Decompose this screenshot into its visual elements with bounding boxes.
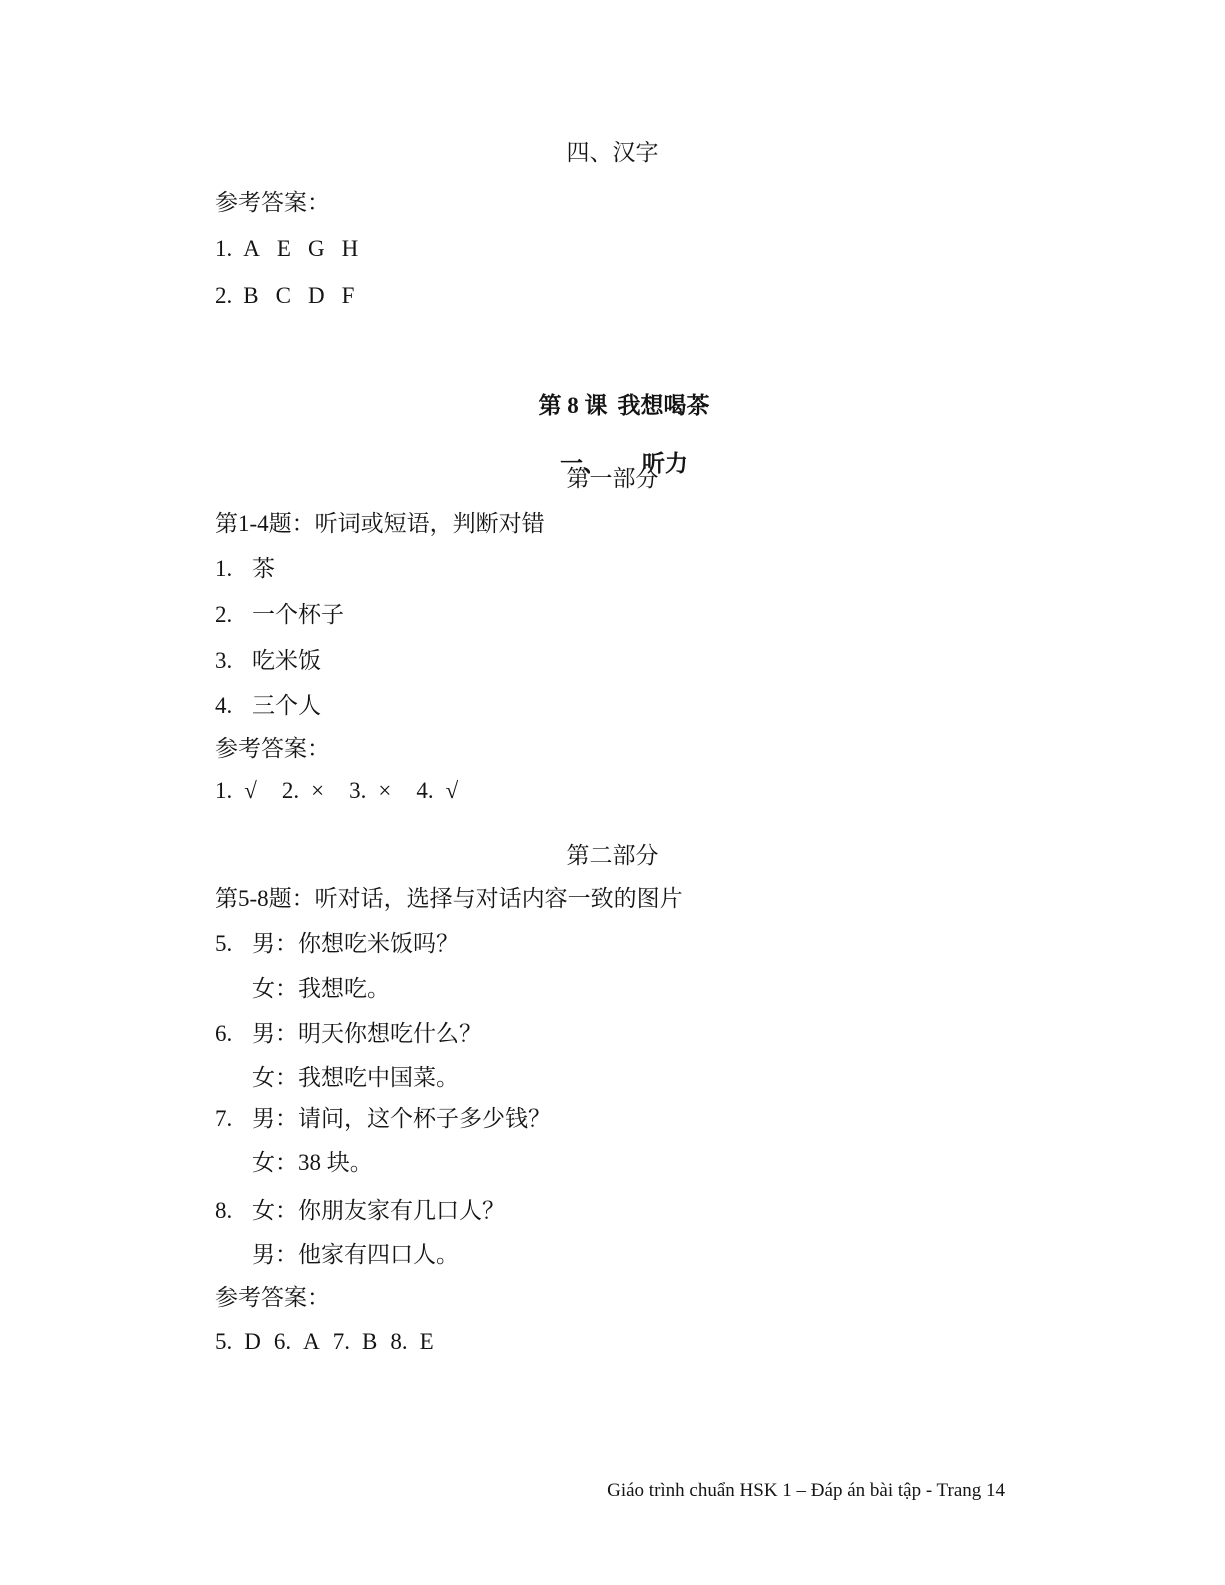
dialogue-line: 8.女：你朋友家有几口人？	[215, 1196, 505, 1226]
hanzi-ref-label: 参考答案：	[215, 188, 330, 218]
dialogue-text: 男：你想吃米饭吗？	[252, 929, 459, 959]
listening-item: 1.茶	[215, 554, 275, 584]
answer-number: 2.	[282, 776, 299, 806]
dialogue-line: 5.男：你想吃米饭吗？	[215, 929, 459, 959]
item-text: 吃米饭	[252, 646, 321, 676]
answer-number: 5.	[215, 1327, 232, 1357]
answer-number: 1.	[215, 776, 232, 806]
item-text: 茶	[252, 554, 275, 584]
answer-pair: 5.D	[215, 1327, 261, 1357]
part2-instructions: 第5-8题：听对话，选择与对话内容一致的图片	[215, 884, 683, 914]
dialogue-reply: 男：他家有四口人。	[252, 1240, 459, 1270]
dialogue-reply: 女：我想吃。	[252, 974, 390, 1004]
answer-letter: D	[308, 281, 325, 311]
item-number: 4.	[215, 691, 252, 721]
part2-ref-label: 参考答案：	[215, 1283, 330, 1313]
answer-mark: √	[244, 776, 257, 806]
answer-mark: √	[446, 776, 459, 806]
answer-number: 2.	[215, 281, 232, 311]
item-number: 6.	[215, 1019, 252, 1049]
listening-item: 3.吃米饭	[215, 646, 321, 676]
answer-pair: 6.A	[274, 1327, 320, 1357]
item-text: 一个杯子	[252, 600, 344, 630]
dialogue-reply: 女：我想吃中国菜。	[252, 1063, 459, 1093]
dialogue-text: 男：请问，这个杯子多少钱？	[252, 1104, 551, 1134]
listening-item: 4.三个人	[215, 691, 321, 721]
part2-heading: 第二部分	[0, 841, 1225, 871]
dialogue-line: 7.男：请问，这个杯子多少钱？	[215, 1104, 551, 1134]
answer-mark: D	[244, 1327, 261, 1357]
part1-heading: 第一部分	[0, 464, 1225, 494]
answer-letter: C	[276, 281, 291, 311]
answer-pair: 3.×	[349, 776, 391, 806]
dialogue-text: 女：你朋友家有几口人？	[252, 1196, 505, 1226]
answer-mark: ×	[378, 776, 391, 806]
lesson-number: 第 8 课	[539, 393, 608, 418]
answer-number: 8.	[390, 1327, 407, 1357]
item-number: 7.	[215, 1104, 252, 1134]
answer-pair: 4.√	[416, 776, 458, 806]
part1-answers: 1.√ 2.× 3.× 4.√	[215, 776, 458, 806]
answer-pair: 8.E	[390, 1327, 433, 1357]
item-number: 2.	[215, 600, 252, 630]
answer-mark: B	[362, 1327, 377, 1357]
dialogue-line: 6.男：明天你想吃什么？	[215, 1019, 482, 1049]
answer-mark: E	[420, 1327, 434, 1357]
dialogue-reply: 女：38 块。	[252, 1148, 373, 1178]
answer-number: 6.	[274, 1327, 291, 1357]
item-number: 5.	[215, 929, 252, 959]
item-number: 8.	[215, 1196, 252, 1226]
answer-mark: A	[303, 1327, 320, 1357]
document-page: 四、汉字 参考答案： 1.AEGH 2.BCDF 第 8 课我想喝茶 一、听力 …	[0, 0, 1225, 1585]
answer-letter: H	[342, 234, 359, 264]
item-number: 3.	[215, 646, 252, 676]
answer-letter: G	[308, 234, 325, 264]
answer-number: 4.	[416, 776, 433, 806]
page-footer: Giáo trình chuẩn HSK 1 – Đáp án bài tập …	[215, 1476, 1005, 1506]
answer-number: 7.	[333, 1327, 350, 1357]
answer-letter: A	[243, 234, 260, 264]
answer-letter: B	[243, 281, 258, 311]
part2-answers: 5.D 6.A 7.B 8.E	[215, 1327, 434, 1357]
lesson-name: 我想喝茶	[618, 393, 710, 418]
answer-letter: E	[277, 234, 291, 264]
listening-item: 2.一个杯子	[215, 600, 344, 630]
answer-mark: ×	[311, 776, 324, 806]
dialogue-text: 男：明天你想吃什么？	[252, 1019, 482, 1049]
answer-pair: 7.B	[333, 1327, 378, 1357]
answer-letter: F	[342, 281, 355, 311]
answer-pair: 1.√	[215, 776, 257, 806]
answer-number: 3.	[349, 776, 366, 806]
part1-ref-label: 参考答案：	[215, 734, 330, 764]
part1-instructions: 第1-4题：听词或短语，判断对错	[215, 509, 545, 539]
hanzi-answer-row: 1.AEGH	[215, 234, 358, 264]
section-heading-hanzi: 四、汉字	[0, 138, 1225, 168]
item-text: 三个人	[252, 691, 321, 721]
answer-pair: 2.×	[282, 776, 324, 806]
answer-number: 1.	[215, 234, 232, 264]
hanzi-answer-row: 2.BCDF	[215, 281, 354, 311]
item-number: 1.	[215, 554, 252, 584]
